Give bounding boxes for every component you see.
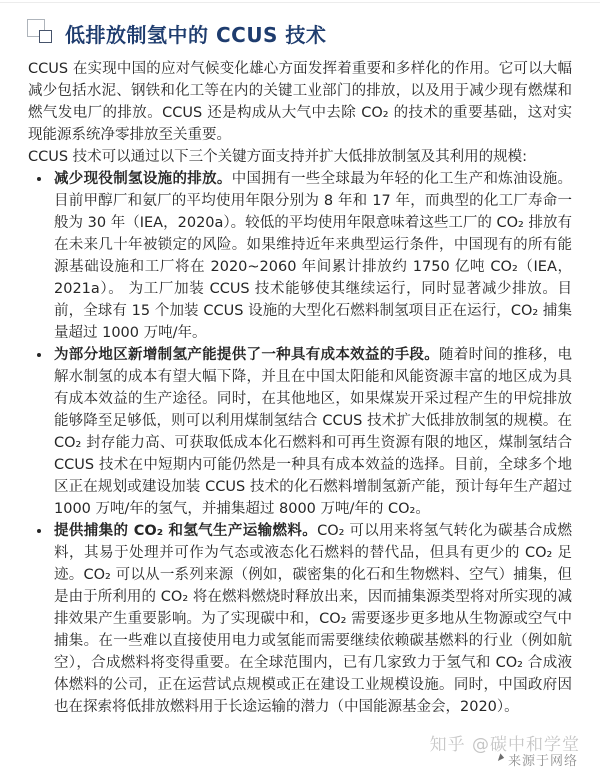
- list-item-lead: 为部分地区新增制氢产能提供了一种具有成本效益的手段。: [54, 347, 439, 363]
- overlapping-squares-icon: [25, 19, 56, 48]
- source-note-text: 来源于网络: [508, 750, 578, 769]
- list-item-lead: 提供捕集的 CO₂ 和氢气生产运输燃料。: [54, 523, 317, 539]
- list-item: 减少现役制氢设施的排放。中国拥有一些全球最为年轻的化工生产和炼油设施。目前甲醇厂…: [52, 168, 572, 344]
- top-divider: [0, 2, 600, 3]
- list-item-body: 随着时间的推移，电解水制氢的成本有望大幅下降，并且在中国太阳能和风能资源丰富的地…: [54, 347, 572, 517]
- list-item-lead: 减少现役制氢设施的排放。: [54, 171, 232, 187]
- list-item: 为部分地区新增制氢产能提供了一种具有成本效益的手段。随着时间的推移，电解水制氢的…: [52, 344, 572, 520]
- list-item-body: CO₂ 可以用来将氢气转化为碳基合成燃料，其易于处理并可作为气态或液态化石燃料的…: [54, 523, 572, 715]
- source-note: 来源于网络: [499, 750, 578, 769]
- article-page: 低排放制氢中的 CCUS 技术 CCUS 在实现中国的应对气候变化雄心方面发挥着…: [0, 0, 600, 777]
- key-points-list: 减少现役制氢设施的排放。中国拥有一些全球最为年轻的化工生产和炼油设施。目前甲醇厂…: [28, 168, 572, 718]
- square-front: [39, 30, 52, 43]
- article-header: 低排放制氢中的 CCUS 技术: [0, 0, 600, 54]
- cursor-arrow-icon: [498, 753, 505, 762]
- list-item-body: 中国拥有一些全球最为年轻的化工生产和炼油设施。目前甲醇厂和氨厂的平均使用年限分别…: [54, 171, 572, 341]
- page-title: 低排放制氢中的 CCUS 技术: [65, 19, 326, 48]
- list-intro-line: CCUS 技术可以通过以下三个关键方面支持并扩大低排放制氢及其利用的规模:: [28, 146, 572, 168]
- list-item: 提供捕集的 CO₂ 和氢气生产运输燃料。CO₂ 可以用来将氢气转化为碳基合成燃料…: [52, 520, 572, 718]
- intro-paragraph: CCUS 在实现中国的应对气候变化雄心方面发挥着重要和多样化的作用。它可以大幅减…: [28, 58, 572, 146]
- article-body: CCUS 在实现中国的应对气候变化雄心方面发挥着重要和多样化的作用。它可以大幅减…: [0, 54, 600, 718]
